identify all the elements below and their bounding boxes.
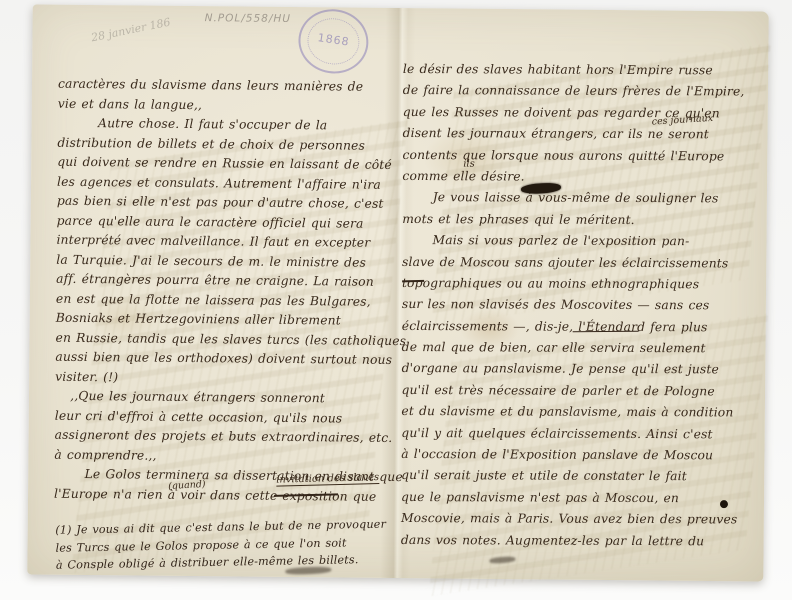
ink-blot (720, 500, 728, 508)
manuscript-line: comme elle désire. (402, 166, 762, 189)
manuscript-line: à l'occasion de l'Exposition panslave de… (401, 444, 761, 467)
manuscript-line: aff. étrangères pourra être ne craigne. … (56, 270, 408, 293)
manuscript-line: assigneront des projets et buts extraord… (55, 426, 407, 449)
manuscript-line: contents que lorsque nous aurons quitté … (402, 145, 762, 168)
manuscript-line: qui doivent se rendre en Russie en laiss… (57, 153, 409, 176)
manuscript-line: Je vous laisse à vous-même de souligner … (402, 187, 762, 210)
manuscript-line: Bosniaks et Hertzegoviniens aller librem… (56, 309, 408, 332)
insertion-note: ils (463, 159, 475, 170)
manuscript-line: qu'il y ait quelques éclaircissements. A… (401, 423, 761, 446)
manuscript-paper: N.POL/558/HU 28 janvier 186 1868 caractè… (27, 4, 768, 581)
manuscript-line: slave de Moscou sans ajouter les éclairc… (402, 251, 762, 274)
ink-smudge (285, 566, 331, 575)
right-page-text: le désir des slaves habitant hors l'Empi… (401, 59, 763, 553)
insertion-note: (quand) (168, 479, 206, 492)
manuscript-line: le désir des slaves habitant hors l'Empi… (403, 59, 763, 82)
left-page-footnote: (1) Je vous ai dit que c'est dans le but… (55, 515, 416, 574)
manuscript-line: aussi bien que les orthodoxes) doivent s… (55, 348, 407, 371)
manuscript-line: mots et les phrases qui le méritent. (402, 209, 762, 232)
manuscript-line: disent les journaux étrangers, car ils n… (403, 123, 763, 146)
manuscript-line: pas bien si elle n'est pas pour d'autre … (57, 192, 409, 215)
manuscript-line: dans vos notes. Augmentez-les par la let… (401, 530, 761, 553)
manuscript-line: qu'il serait juste et utile de constater… (401, 465, 761, 488)
manuscript-line: Autre chose. Il faut s'occuper de la (58, 114, 410, 137)
ink-smudge (489, 556, 515, 564)
manuscript-line: topographiques ou au moins ethnographiqu… (402, 273, 762, 296)
pencil-date-note: 28 janvier 186 (90, 16, 172, 45)
manuscript-line: d'organe au panslavisme. Je pense qu'il … (402, 358, 762, 381)
manuscript-line: caractères du slavisme dans leurs manièr… (58, 75, 410, 98)
manuscript-line: Moscovie, mais à Paris. Vous avez bien d… (401, 508, 761, 531)
round-ink-stamp: 1868 (294, 5, 373, 79)
manuscript-line: de mal que de bien, car elle servira seu… (402, 337, 762, 360)
manuscript-line: interprété avec malveillance. Il faut en… (56, 231, 408, 254)
manuscript-line: ,,Que les journaux étrangers sonneront (55, 387, 407, 410)
archive-reference-pencil: N.POL/558/HU (205, 12, 291, 25)
manuscript-line: sur les non slavisés des Moscovites — sa… (402, 294, 762, 317)
manuscript-line: de faire la connaissance de leurs frères… (403, 80, 763, 103)
manuscript-line: qu'il est très nécessaire de parler et d… (401, 380, 761, 403)
manuscript-line: Mais si vous parlez de l'exposition pan- (402, 230, 762, 253)
manuscript-line: que le panslavisme n'est pas à Moscou, e… (401, 487, 761, 510)
manuscript-line: l'Europe n'a rien à voir dans cette expo… (54, 484, 406, 507)
manuscript-line: et du slavisme et du panslavisme, mais à… (401, 401, 761, 424)
letter-scan: N.POL/558/HU 28 janvier 186 1868 caractè… (0, 0, 792, 600)
left-page-text: caractères du slavisme dans leurs manièr… (54, 75, 410, 507)
manuscript-line: éclaircissements —, dis-je, l'Étendard f… (402, 316, 762, 339)
